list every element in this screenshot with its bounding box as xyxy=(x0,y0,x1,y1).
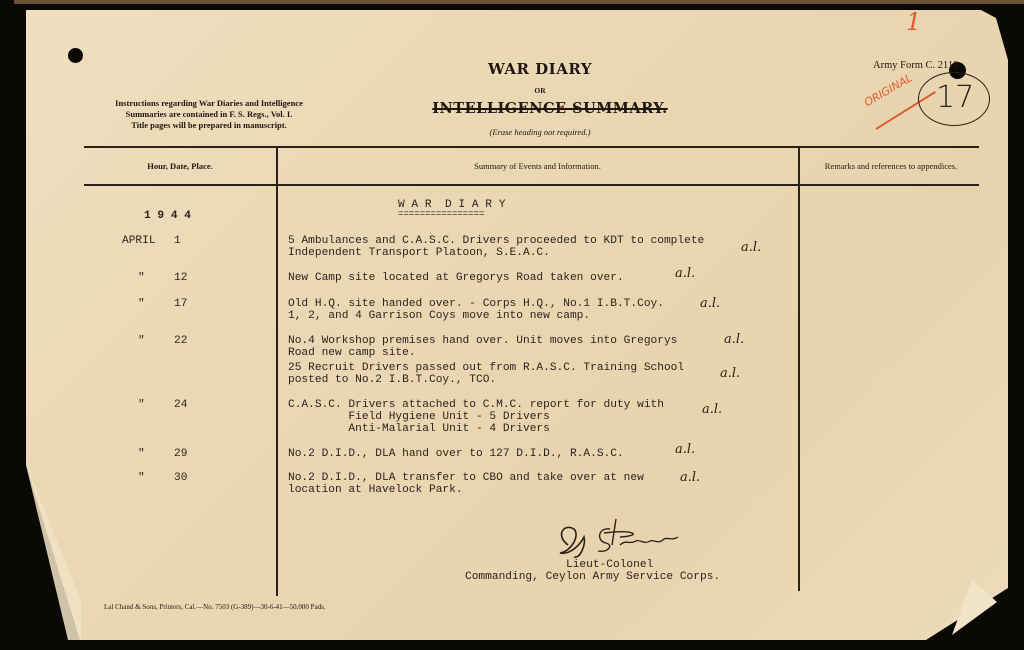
entry-ditto: " xyxy=(138,272,145,284)
entry-line: Old H.Q. site handed over. - Corps H.Q.,… xyxy=(288,298,664,310)
printer-imprint: Lal Chand & Sons, Printers, Cal.—No. 750… xyxy=(104,603,326,611)
entry-day: 22 xyxy=(174,335,187,347)
scan-edge xyxy=(14,0,1024,4)
entry-ditto: " xyxy=(138,335,145,347)
entry-day: 30 xyxy=(174,472,187,484)
entry-line: 25 Recruit Drivers passed out from R.A.S… xyxy=(288,362,684,374)
initials-mark: a.l. xyxy=(675,442,695,457)
entry-ditto: " xyxy=(138,399,145,411)
entry-day: 12 xyxy=(174,272,187,284)
initials-mark: a.l. xyxy=(700,296,720,311)
initials-mark: a.l. xyxy=(741,240,761,255)
entry-ditto: " xyxy=(138,472,145,484)
entry-line: posted to No.2 I.B.T.Coy., TCO. xyxy=(288,374,496,386)
instructions-line-1: Instructions regarding War Diaries and I… xyxy=(84,98,334,109)
column-divider-2 xyxy=(798,146,800,591)
signatory-rank: Lieut-Colonel xyxy=(566,559,653,571)
column-header-date: Hour, Date, Place. xyxy=(84,161,276,171)
title-or: OR xyxy=(400,86,680,95)
form-title: WAR DIARY xyxy=(400,60,680,78)
page-marker: 1 xyxy=(906,8,921,36)
header-bottom-rule xyxy=(84,184,979,186)
initials-mark: a.l. xyxy=(680,470,700,485)
entry-ditto: " xyxy=(138,298,145,310)
instructions-line-2: Summaries are contained in F. S. Regs., … xyxy=(84,109,334,120)
instructions-line-3: Title pages will be prepared in manuscri… xyxy=(84,120,334,131)
intelligence-summary-struck: INTELLIGENCE SUMMARY. xyxy=(420,100,680,117)
entry-day: 17 xyxy=(174,298,187,310)
army-form-number: Army Form C. 2118. xyxy=(873,60,961,71)
entry-line: Field Hygiene Unit - 5 Drivers xyxy=(288,411,550,423)
instructions-block: Instructions regarding War Diaries and I… xyxy=(84,98,334,131)
diary-heading-underline: ================ xyxy=(398,208,484,220)
header-top-rule xyxy=(84,146,979,148)
column-header-remarks: Remarks and references to appendices. xyxy=(800,161,982,171)
column-header-summary: Summary of Events and Information. xyxy=(277,161,798,171)
circled-number: 17 xyxy=(936,80,974,115)
entry-line: New Camp site located at Gregorys Road t… xyxy=(288,272,624,284)
column-divider-1 xyxy=(276,146,278,596)
entry-line: No.2 D.I.D., DLA transfer to CBO and tak… xyxy=(288,472,644,484)
erase-note: (Erase heading not required.) xyxy=(400,127,680,137)
handwritten-signature xyxy=(550,515,690,560)
signatory-appointment: Commanding, Ceylon Army Service Corps. xyxy=(465,571,720,583)
entry-line: No.4 Workshop premises hand over. Unit m… xyxy=(288,335,677,347)
entry-line: Road new camp site. xyxy=(288,347,416,359)
entry-line: C.A.S.C. Drivers attached to C.M.C. repo… xyxy=(288,399,664,411)
entry-day: 29 xyxy=(174,448,187,460)
entry-month: APRIL xyxy=(122,235,156,247)
initials-mark: a.l. xyxy=(675,266,695,281)
initials-mark: a.l. xyxy=(720,366,740,381)
entry-line: No.2 D.I.D., DLA hand over to 127 D.I.D.… xyxy=(288,448,624,460)
entry-line: 5 Ambulances and C.A.S.C. Drivers procee… xyxy=(288,235,704,247)
entry-line: Anti-Malarial Unit - 4 Drivers xyxy=(288,423,550,435)
entry-day: 24 xyxy=(174,399,187,411)
entry-line: Independent Transport Platoon, S.E.A.C. xyxy=(288,247,550,259)
entry-line: location at Havelock Park. xyxy=(288,484,463,496)
punch-hole-left xyxy=(68,48,83,63)
entry-day: 1 xyxy=(174,235,181,247)
entry-ditto: " xyxy=(138,448,145,460)
entry-line: 1, 2, and 4 Garrison Coys move into new … xyxy=(288,310,590,322)
initials-mark: a.l. xyxy=(702,402,722,417)
diary-year: 1 9 4 4 xyxy=(144,210,191,222)
initials-mark: a.l. xyxy=(724,332,744,347)
